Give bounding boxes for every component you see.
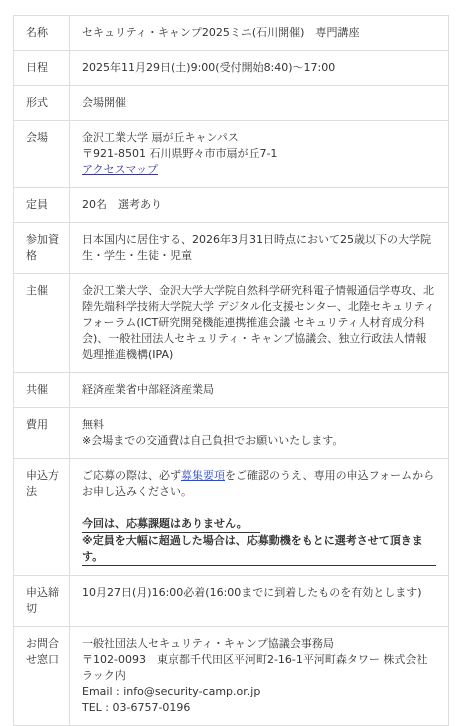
table-row-deadline: 申込締切 10月27日(月)16:00必着(16:00までに到着したものを有効と… bbox=[14, 576, 449, 627]
access-map-link[interactable]: アクセスマップ bbox=[82, 163, 158, 176]
contact-address: 〒102-0093 東京都千代田区平河町2-16-1平河町森タワー 株式会社ラッ… bbox=[82, 652, 436, 684]
row-label-contact: お問合せ窓口 bbox=[14, 627, 70, 726]
no-assignment-note-text: 今回は、応募課題はありません。 bbox=[82, 516, 260, 533]
venue-cell: 金沢工業大学 扇が丘キャンパス 〒921-8501 石川県野々市市扇が丘7-1 … bbox=[70, 121, 449, 188]
deadline-value: 10月27日(月)16:00必着(16:00までに到着したものを有効とします) bbox=[70, 576, 449, 627]
table-row-venue: 会場 金沢工業大学 扇が丘キャンパス 〒921-8501 石川県野々市市扇が丘7… bbox=[14, 121, 449, 188]
table-row-capacity: 定員 20名 選考あり bbox=[14, 188, 449, 223]
capacity-value: 20名 選考あり bbox=[70, 188, 449, 223]
selection-note: ※定員を大幅に超過した場合は、応募動機をもとに選考させて頂きます。 bbox=[82, 533, 436, 566]
fee-value: 無料 bbox=[82, 417, 436, 433]
eligibility-value: 日本国内に居住する、2026年3月31日時点において25歳以下の大学院生・学生・… bbox=[70, 223, 449, 274]
table-row-eligibility: 参加資格 日本国内に居住する、2026年3月31日時点において25歳以下の大学院… bbox=[14, 223, 449, 274]
row-label-deadline: 申込締切 bbox=[14, 576, 70, 627]
row-label-capacity: 定員 bbox=[14, 188, 70, 223]
row-label-schedule: 日程 bbox=[14, 51, 70, 86]
table-row-fee: 費用 無料 ※会場までの交通費は自己負担でお願いいたします。 bbox=[14, 408, 449, 459]
row-label-format: 形式 bbox=[14, 86, 70, 121]
selection-note-text: ※定員を大幅に超過した場合は、応募動機をもとに選考させて頂きます。 bbox=[82, 533, 436, 566]
row-label-eligibility: 参加資格 bbox=[14, 223, 70, 274]
application-method-cell: ご応募の際は、必ず募集要項をご確認のうえ、専用の申込フォームからお申し込みくださ… bbox=[70, 459, 449, 576]
organizer-value: 金沢工業大学、金沢大学大学院自然科学研究科電子情報通信学専攻、北陸先端科学技術大… bbox=[70, 274, 449, 373]
table-row-contact: お問合せ窓口 一般社団法人セキュリティ・キャンプ協議会事務局 〒102-0093… bbox=[14, 627, 449, 726]
table-row-schedule: 日程 2025年11月29日(土)9:00(受付開始8:40)〜17:00 bbox=[14, 51, 449, 86]
fee-note: ※会場までの交通費は自己負担でお願いいたします。 bbox=[82, 433, 436, 449]
row-label-co-organizer: 共催 bbox=[14, 373, 70, 408]
contact-phone: TEL : 03-6757-0196 bbox=[82, 700, 436, 716]
fee-cell: 無料 ※会場までの交通費は自己負担でお願いいたします。 bbox=[70, 408, 449, 459]
event-format: 会場開催 bbox=[70, 86, 449, 121]
no-assignment-note: 今回は、応募課題はありません。 bbox=[82, 516, 436, 533]
table-row-application: 申込方法 ご応募の際は、必ず募集要項をご確認のうえ、専用の申込フォームからお申し… bbox=[14, 459, 449, 576]
row-label-application: 申込方法 bbox=[14, 459, 70, 576]
row-label-venue: 会場 bbox=[14, 121, 70, 188]
application-instructions: ご応募の際は、必ず募集要項をご確認のうえ、専用の申込フォームからお申し込みくださ… bbox=[82, 468, 436, 500]
table-row-co-organizer: 共催 経済産業省中部経済産業局 bbox=[14, 373, 449, 408]
row-label-fee: 費用 bbox=[14, 408, 70, 459]
contact-office-name: 一般社団法人セキュリティ・キャンプ協議会事務局 bbox=[82, 636, 436, 652]
event-info-table: 名称 セキュリティ・キャンプ2025ミニ(石川開催) 専門講座 日程 2025年… bbox=[13, 15, 449, 726]
venue-name: 金沢工業大学 扇が丘キャンパス bbox=[82, 130, 436, 146]
contact-email: Email : info@security-camp.or.jp bbox=[82, 684, 436, 700]
venue-address: 〒921-8501 石川県野々市市扇が丘7-1 bbox=[82, 146, 436, 162]
table-row-format: 形式 会場開催 bbox=[14, 86, 449, 121]
row-label-name: 名称 bbox=[14, 16, 70, 51]
event-date: 2025年11月29日(土)9:00(受付開始8:40)〜17:00 bbox=[70, 51, 449, 86]
venue-link-line: アクセスマップ bbox=[82, 162, 436, 178]
blank-line bbox=[82, 500, 436, 516]
event-title: セキュリティ・キャンプ2025ミニ(石川開催) 専門講座 bbox=[70, 16, 449, 51]
application-instructions-pre: ご応募の際は、必ず bbox=[82, 469, 181, 482]
table-row-name: 名称 セキュリティ・キャンプ2025ミニ(石川開催) 専門講座 bbox=[14, 16, 449, 51]
guidelines-link[interactable]: 募集要項 bbox=[181, 469, 225, 482]
table-row-organizer: 主催 金沢工業大学、金沢大学大学院自然科学研究科電子情報通信学専攻、北陸先端科学… bbox=[14, 274, 449, 373]
co-organizer-value: 経済産業省中部経済産業局 bbox=[70, 373, 449, 408]
contact-cell: 一般社団法人セキュリティ・キャンプ協議会事務局 〒102-0093 東京都千代田… bbox=[70, 627, 449, 726]
page: 名称 セキュリティ・キャンプ2025ミニ(石川開催) 専門講座 日程 2025年… bbox=[0, 0, 472, 640]
row-label-organizer: 主催 bbox=[14, 274, 70, 373]
